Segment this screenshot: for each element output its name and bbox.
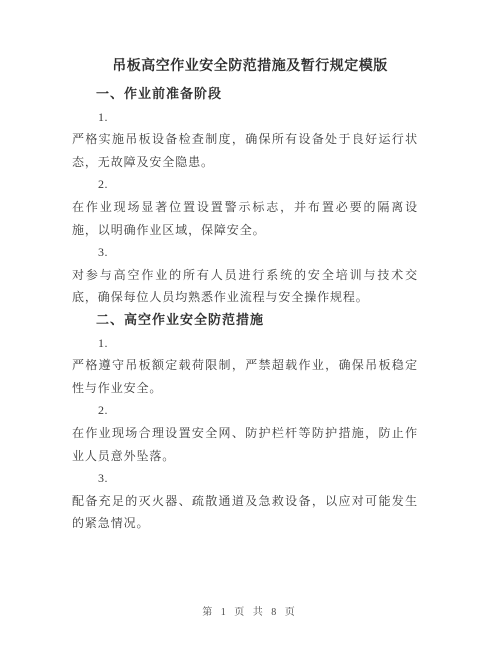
item-number: 3.: [72, 467, 418, 490]
item-paragraph: 严格遵守吊板额定载荷限制，严禁超载作业，确保吊板稳定性与作业安全。: [72, 354, 418, 399]
document-page: 吊板高空作业安全防范措施及暂行规定模版 一、作业前准备阶段 1. 严格实施吊板设…: [0, 0, 500, 647]
document-title: 吊板高空作业安全防范措施及暂行规定模版: [0, 0, 500, 78]
document-body: 一、作业前准备阶段 1. 严格实施吊板设备检查制度，确保所有设备处于良好运行状态…: [0, 78, 500, 535]
item-number: 2.: [72, 173, 418, 196]
item-number: 2.: [72, 399, 418, 422]
item-paragraph: 配备充足的灭火器、疏散通道及急救设备，以应对可能发生的紧急情况。: [72, 490, 418, 535]
section-safety-measures: 二、高空作业安全防范措施 1. 严格遵守吊板额定载荷限制，严禁超载作业，确保吊板…: [72, 309, 418, 535]
page-footer: 第 1 页 共 8 页: [0, 603, 500, 618]
item-number: 1.: [72, 106, 418, 129]
section-preparation: 一、作业前准备阶段 1. 严格实施吊板设备检查制度，确保所有设备处于良好运行状态…: [72, 83, 418, 309]
item-paragraph: 对参与高空作业的所有人员进行系统的安全培训与技术交底，确保每位人员均熟悉作业流程…: [72, 264, 418, 309]
section-heading: 一、作业前准备阶段: [72, 83, 418, 106]
item-paragraph: 在作业现场显著位置设置警示标志，并布置必要的隔离设施，以明确作业区域，保障安全。: [72, 196, 418, 241]
item-number: 1.: [72, 332, 418, 355]
section-heading: 二、高空作业安全防范措施: [72, 309, 418, 332]
item-number: 3.: [72, 241, 418, 264]
item-paragraph: 严格实施吊板设备检查制度，确保所有设备处于良好运行状态，无故障及安全隐患。: [72, 128, 418, 173]
item-paragraph: 在作业现场合理设置安全网、防护栏杆等防护措施，防止作业人员意外坠落。: [72, 422, 418, 467]
